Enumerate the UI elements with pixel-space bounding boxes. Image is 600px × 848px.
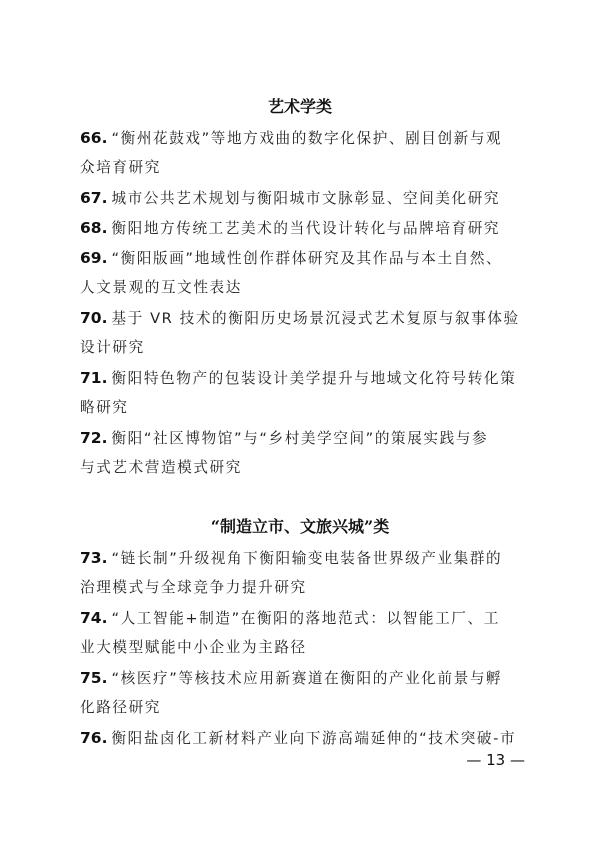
item-text: 基于 VR 技术的衡阳历史场景沉浸式艺术复原与叙事体验 [111,310,519,327]
list-item-75-cont: 化路径研究 [80,697,525,719]
list-item-74: 74.“人工智能+制造”在衡阳的落地范式：以智能工厂、工 [80,607,525,630]
item-number: 71. [80,369,107,387]
item-number: 69. [80,249,107,267]
document-page: 艺术学类 66.“衡州花鼓戏”等地方戏曲的数字化保护、剧目创新与观 众培育研究 … [0,0,600,848]
list-item-73: 73.“链长制”升级视角下衡阳输变电装备世界级产业集群的 [80,547,525,570]
item-text: “衡州花鼓戏”等地方戏曲的数字化保护、剧目创新与观 [111,130,502,147]
list-item-75: 75.“核医疗”等核技术应用新赛道在衡阳的产业化前景与孵 [80,667,525,690]
list-item-66: 66.“衡州花鼓戏”等地方戏曲的数字化保护、剧目创新与观 [80,127,525,150]
section-heading-manufacturing-tourism: “制造立市、文旅兴城”类 [80,517,520,537]
item-text: “链长制”升级视角下衡阳输变电装备世界级产业集群的 [111,550,502,567]
list-item-72: 72.衡阳“社区博物馆”与“乡村美学空间”的策展实践与参 [80,427,525,450]
item-text: “核医疗”等核技术应用新赛道在衡阳的产业化前景与孵 [111,670,502,687]
list-item-72-cont: 与式艺术营造模式研究 [80,457,525,479]
item-number: 66. [80,129,107,147]
item-number: 73. [80,549,107,567]
item-number: 75. [80,669,107,687]
item-text: “衡阳版画”地域性创作群体研究及其作品与本土自然、 [111,250,502,267]
item-number: 74. [80,609,107,627]
list-item-69: 69.“衡阳版画”地域性创作群体研究及其作品与本土自然、 [80,247,525,270]
item-text: 衡阳地方传统工艺美术的当代设计转化与品牌培育研究 [111,220,500,237]
item-number: 76. [80,729,107,747]
list-item-67: 67.城市公共艺术规划与衡阳城市文脉彰显、空间美化研究 [80,187,525,210]
item-text: 城市公共艺术规划与衡阳城市文脉彰显、空间美化研究 [111,190,500,207]
list-item-74-cont: 业大模型赋能中小企业为主路径 [80,637,525,659]
item-text: 衡阳盐卤化工新材料产业向下游高端延伸的“技术突破-市 [111,730,516,747]
list-item-66-cont: 众培育研究 [80,157,525,179]
item-number: 68. [80,219,107,237]
page-number: — 13 — [455,750,525,770]
list-item-73-cont: 治理模式与全球竞争力提升研究 [80,577,525,599]
list-item-71: 71.衡阳特色物产的包装设计美学提升与地域文化符号转化策 [80,367,525,390]
list-item-76: 76.衡阳盐卤化工新材料产业向下游高端延伸的“技术突破-市 [80,727,525,750]
item-text: 衡阳“社区博物馆”与“乡村美学空间”的策展实践与参 [111,430,488,447]
item-number: 67. [80,189,107,207]
item-number: 70. [80,309,107,327]
section-heading-art: 艺术学类 [80,97,520,117]
item-number: 72. [80,429,107,447]
list-item-71-cont: 略研究 [80,397,525,419]
list-item-69-cont: 人文景观的互文性表达 [80,277,525,299]
item-text: “人工智能+制造”在衡阳的落地范式：以智能工厂、工 [111,610,499,627]
list-item-70-cont: 设计研究 [80,337,525,359]
list-item-70: 70.基于 VR 技术的衡阳历史场景沉浸式艺术复原与叙事体验 [80,307,525,330]
item-text: 衡阳特色物产的包装设计美学提升与地域文化符号转化策 [111,370,516,387]
list-item-68: 68.衡阳地方传统工艺美术的当代设计转化与品牌培育研究 [80,217,525,240]
